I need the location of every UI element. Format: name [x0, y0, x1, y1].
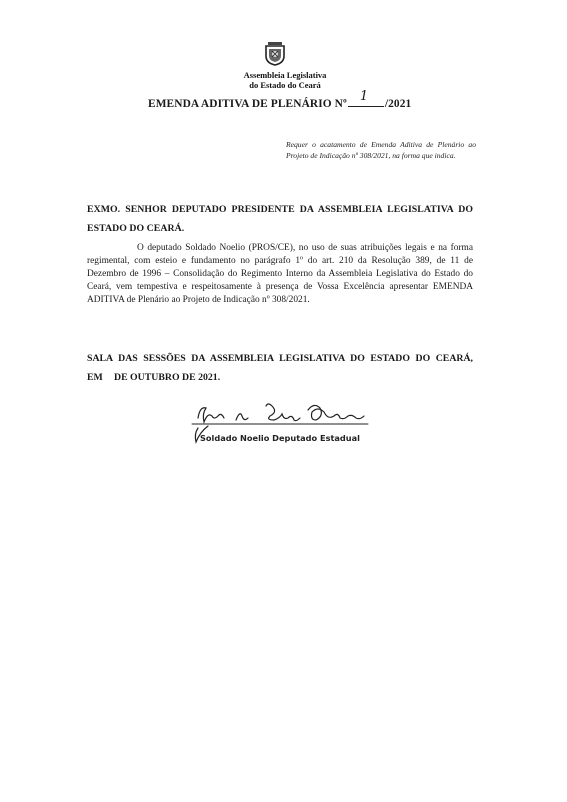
body-text: O deputado Soldado Noelio (PROS/CE), no …: [87, 242, 473, 307]
institution-line-2: do Estado do Ceará: [200, 80, 370, 90]
closing-em: EM: [87, 368, 114, 387]
closing-location: SALA DAS SESSÕES DA ASSEMBLEIA LEGISLATI…: [87, 349, 473, 368]
signer-name: Soldado Noelio Deputado Estadual: [200, 433, 360, 443]
institution-line-1: Assembleia Legislativa: [200, 70, 370, 80]
document-title: EMENDA ADITIVA DE PLENÁRIO Nº1/2021: [148, 95, 411, 110]
salutation: EXMO. SENHOR DEPUTADO PRESIDENTE DA ASSE…: [87, 200, 473, 238]
body-paragraph: O deputado Soldado Noelio (PROS/CE), no …: [87, 242, 473, 307]
title-year: /2021: [385, 98, 411, 110]
title-prefix: EMENDA ADITIVA DE PLENÁRIO Nº: [148, 98, 347, 110]
coat-of-arms-icon: [264, 42, 286, 66]
amendment-number: 1: [360, 89, 368, 104]
closing: SALA DAS SESSÕES DA ASSEMBLEIA LEGISLATI…: [87, 349, 473, 387]
closing-date-line: EMDE OUTUBRO DE 2021.: [87, 368, 473, 387]
closing-date: DE OUTUBRO DE 2021.: [114, 372, 220, 383]
institution-name: Assembleia Legislativa do Estado do Cear…: [200, 70, 370, 90]
amendment-number-field: 1: [348, 95, 384, 107]
ementa: Requer o acatamento de Emenda Aditiva de…: [286, 140, 476, 161]
document-page: Assembleia Legislativa do Estado do Cear…: [0, 0, 567, 802]
